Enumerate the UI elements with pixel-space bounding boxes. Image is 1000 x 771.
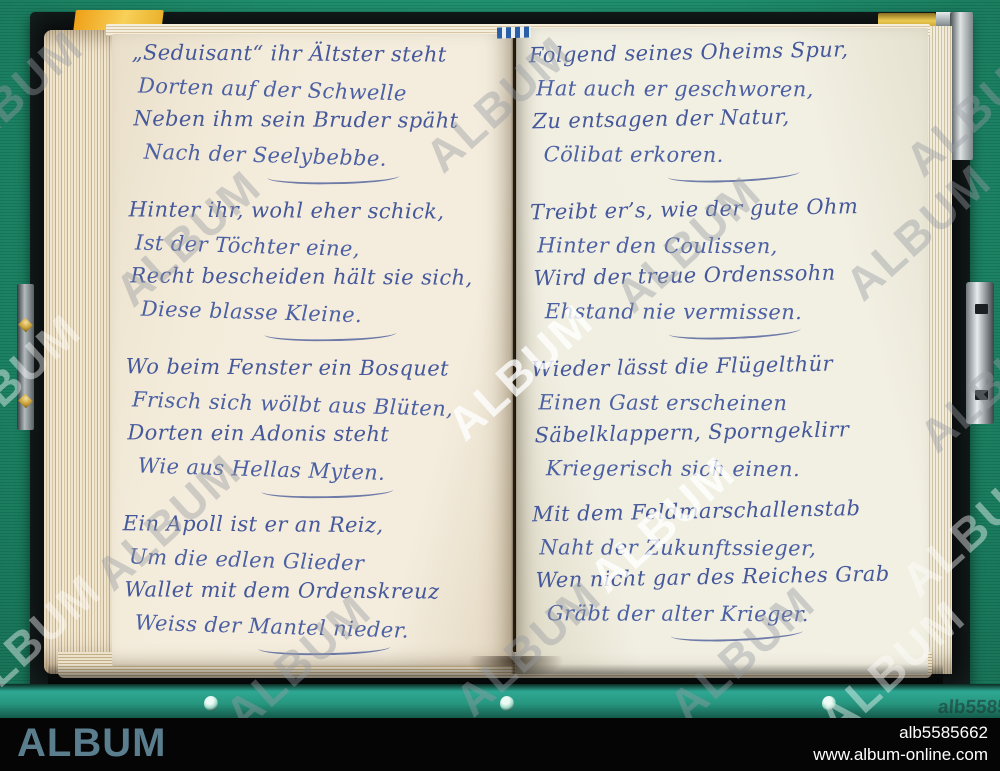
right-page-text: Folgend seines Oheims Spur,Hat auch er g… [529,37,929,656]
handwriting-line: Kriegerisch sich einen. [546,452,928,486]
ink-flourish [264,329,396,342]
stanza: Ein Apoll ist er an Reiz,Um die edlen Gl… [120,507,507,658]
handwriting-line: Hinter ihr, wohl eher schick, [129,193,513,229]
handwriting-line: Wo beim Fenster ein Bosquet [126,350,510,386]
handwriting-line: Wird der treue Ordenssohn [533,255,927,296]
ghost-image-id-watermark: alb5585662 [937,697,1000,719]
handwriting-line: Zu entsagen der Natur, [532,98,926,139]
stanza: Wieder lässt die FlügelthürEinen Gast er… [531,351,928,486]
page-stack-left-edge [44,30,112,674]
album-logo: ALBUM [17,721,166,766]
handwriting-line: Recht bescheiden hält sie sich, [130,259,511,295]
handwriting-line: Treibt er’s, wie der gute Ohm [530,189,927,230]
photo-canvas: „Seduisant“ ihr Ältster stehtDorten auf … [0,0,1000,771]
stanza: „Seduisant“ ihr Ältster stehtDorten auf … [129,36,516,187]
right-clasp [966,282,994,424]
shelf-hole [204,696,218,711]
handwriting-line: Ehstand nie vermissen. [545,295,927,329]
handwriting-line: Mit dem Feldmarschallenstab [532,491,929,532]
handwriting-line: Dorten ein Adonis steht [127,416,508,452]
handwriting-line: Wallet mit dem Ordenskreuz [124,573,505,609]
handwriting-line: Neben ihm sein Bruder späht [133,102,514,138]
stanza: Folgend seines Oheims Spur,Hat auch er g… [529,37,926,184]
handwriting-line: Cölibat erkoren. [544,138,926,172]
website-url: www.album-online.com [813,744,988,766]
silver-corner-side [950,12,973,160]
handwriting-line: Gräbt der alter Krieger. [547,597,929,631]
gold-stud [18,394,33,409]
handwriting-line: Folgend seines Oheims Spur, [529,32,926,73]
credit-bar: ALBUM alb5585662 www.album-online.com [0,718,1000,771]
shelf-hole [500,696,514,711]
handwriting-line: Ein Apoll ist er an Reiz, [123,507,507,543]
ink-flourish [258,643,390,656]
left-clasp [17,284,34,430]
stanza: Hinter ihr, wohl eher schick,Ist der Töc… [126,193,513,344]
shelf-hole [822,696,836,711]
teal-shelf [0,684,1000,718]
left-page-text: „Seduisant“ ihr Ältster stehtDorten auf … [120,36,516,671]
gold-stud [18,318,33,333]
clasp-slot [975,390,988,400]
striped-bookmark [497,26,531,38]
handwriting-line: Säbelklappern, Sporngeklirr [534,412,928,453]
stanza: Treibt er’s, wie der gute OhmHinter den … [530,194,927,341]
handwriting-line: Wen nicht gar des Reiches Grab [535,557,929,598]
handwriting-line: „Seduisant“ ihr Ältster steht [132,36,516,72]
credit-text: alb5585662 www.album-online.com [813,722,988,766]
clasp-slot [975,304,988,314]
stanza: Wo beim Fenster ein BosquetFrisch sich w… [123,350,510,501]
image-id: alb5585662 [813,722,988,744]
stanza: Mit dem FeldmarschallenstabNaht der Zuku… [532,496,929,643]
ink-flourish [267,172,399,185]
handwriting-line: Wieder lässt die Flügelthür [531,346,928,387]
ink-flourish [261,486,393,499]
